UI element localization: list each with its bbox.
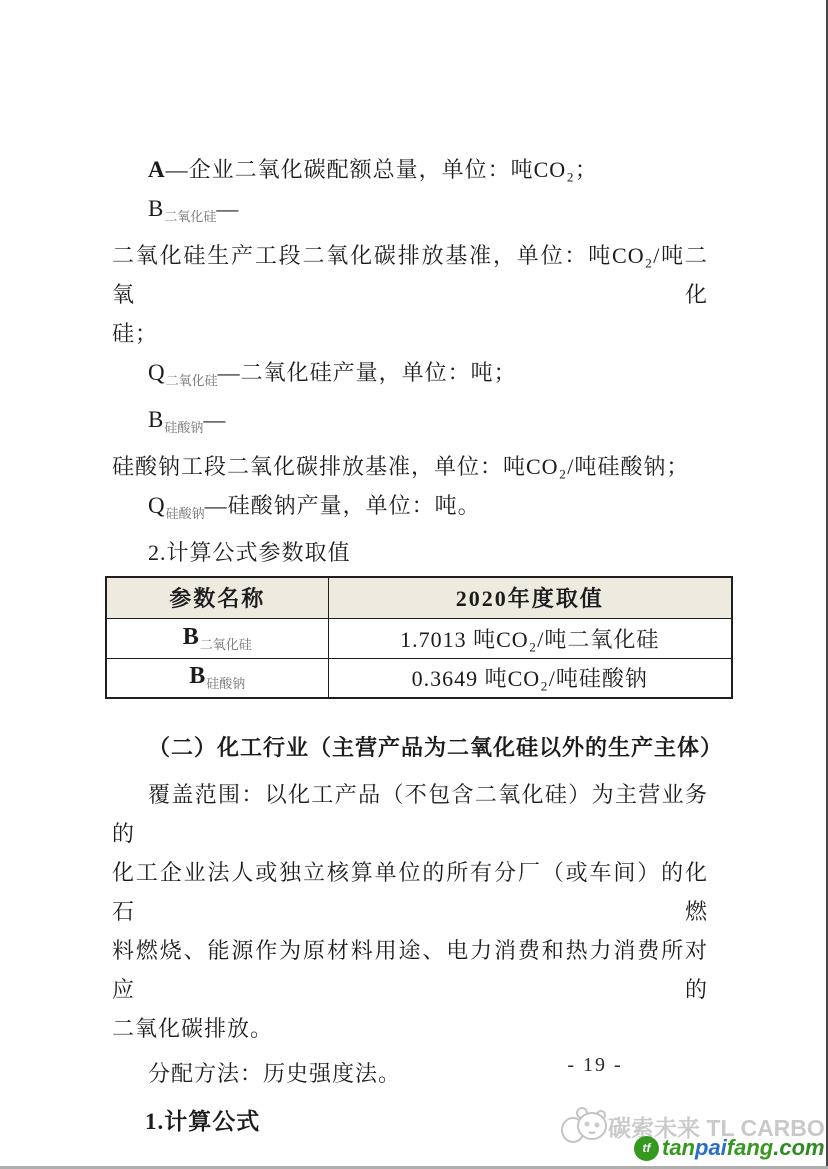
params-section-heading: 2.计算公式参数取值 — [112, 533, 708, 572]
logo-part-tan: tan — [662, 1135, 695, 1160]
page-content: A—企业二氧化碳配额总量，单位：吨CO₂； B二氧化硅— 二氧化硅生产工段二氧化… — [112, 150, 708, 1141]
term-q-subscript: 二氧化硅 — [166, 373, 218, 388]
term-q: Q — [148, 360, 166, 385]
scope-line: 料燃烧、能源作为原材料用途、电力消费和热力消费所对应的 — [112, 931, 708, 1009]
definition-text: — — [203, 407, 226, 432]
definition-line-b-na2sio3-cont: 硅酸钠工段二氧化碳排放基准，单位：吨CO₂/吨硅酸钠； — [112, 447, 708, 486]
tanpaifang-circle-icon: tf — [634, 1136, 659, 1161]
definition-text: —硅酸钠产量，单位：吨。 — [205, 493, 481, 518]
param-cell: B二氧化硅 — [106, 618, 328, 658]
definition-line-a: A—企业二氧化碳配额总量，单位：吨CO₂； — [112, 150, 708, 189]
page-number: - 19 - — [520, 1054, 670, 1077]
tanpaifang-logo-text: tanpaifang.com — [662, 1135, 825, 1161]
value-cell: 1.7013 吨CO₂/吨二氧化硅 — [328, 618, 732, 658]
param-symbol: B — [189, 663, 206, 689]
scope-paragraph: 覆盖范围：以化工产品（不包含二氧化硅）为主营业务的 化工企业法人或独立核算单位的… — [112, 775, 708, 1048]
scope-line: 化工企业法人或独立核算单位的所有分厂（或车间）的化石燃 — [112, 853, 708, 931]
table-row: B二氧化硅 1.7013 吨CO₂/吨二氧化硅 — [106, 618, 732, 658]
table-row: B硅酸钠 0.3649 吨CO₂/吨硅酸钠 — [106, 658, 732, 698]
value-cell: 0.3649 吨CO₂/吨硅酸钠 — [328, 658, 732, 698]
definition-line-b-na2sio3: B硅酸钠— — [112, 400, 708, 447]
term-b: B — [148, 196, 164, 221]
logo-part-fang: fang — [727, 1135, 773, 1160]
scope-line: 二氧化碳排放。 — [112, 1009, 708, 1048]
table-header-param: 参数名称 — [106, 577, 328, 618]
logo-part-pai: pai — [695, 1135, 727, 1160]
watermark: 碳索未来 TL CARBON tf tanpaifang.com — [560, 1106, 828, 1161]
table-header-value: 2020年度取值 — [328, 577, 732, 618]
section-2-heading: （二）化工行业（主营产品为二氧化硅以外的生产主体） — [112, 733, 708, 763]
definition-line-q-sio2: Q二氧化硅—二氧化硅产量，单位：吨； — [112, 353, 708, 400]
param-subscript: 二氧化硅 — [200, 637, 252, 652]
logo-part-com: .com — [773, 1135, 824, 1160]
document-page: A—企业二氧化碳配额总量，单位：吨CO₂； B二氧化硅— 二氧化硅生产工段二氧化… — [0, 0, 828, 1169]
parameters-table: 参数名称 2020年度取值 B二氧化硅 1.7013 吨CO₂/吨二氧化硅 B硅… — [105, 576, 733, 699]
param-symbol: B — [183, 624, 200, 650]
term-q2: Q — [148, 493, 166, 518]
term-b2: B — [148, 407, 164, 432]
term-q2-subscript: 硅酸钠 — [166, 506, 205, 521]
definition-text: —企业二氧化碳配额总量，单位：吨CO₂； — [166, 157, 598, 182]
definition-line-b-sio2-end: 硅； — [112, 314, 708, 353]
term-b2-subscript: 硅酸钠 — [164, 420, 203, 435]
param-cell: B硅酸钠 — [106, 658, 328, 698]
definition-text: — — [216, 196, 239, 221]
table-header-row: 参数名称 2020年度取值 — [106, 577, 732, 618]
param-subscript: 硅酸钠 — [206, 676, 245, 691]
scope-line: 覆盖范围：以化工产品（不包含二氧化硅）为主营业务的 — [112, 775, 708, 853]
term-a: A — [148, 157, 166, 182]
definition-line-q-na2sio3: Q硅酸钠—硅酸钠产量，单位：吨。 — [112, 486, 708, 533]
definition-line-b-sio2-cont: 二氧化硅生产工段二氧化碳排放基准，单位：吨CO₂/吨二氧化 — [112, 236, 708, 314]
definition-text: —二氧化硅产量，单位：吨； — [218, 360, 517, 385]
tanpaifang-logo: tf tanpaifang.com — [634, 1135, 828, 1161]
panda-logo-icon — [560, 1104, 608, 1149]
definition-line-b-sio2: B二氧化硅— — [112, 189, 708, 236]
term-b-subscript: 二氧化硅 — [164, 209, 216, 224]
